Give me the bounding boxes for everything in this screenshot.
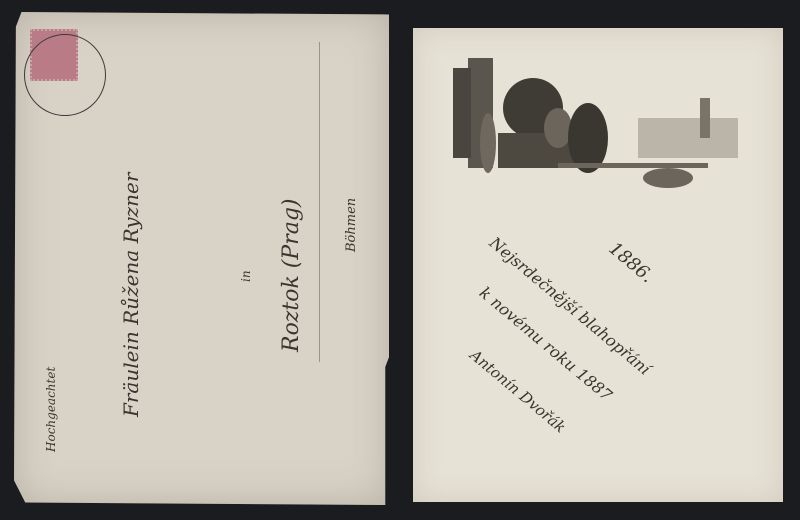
- handwritten-line: Fräulein Růžena Ryzner: [119, 173, 143, 417]
- handwritten-line: k novému roku 1887: [476, 283, 616, 405]
- handwritten-line: 1886.: [605, 238, 658, 287]
- letter-card: 1886.Nejsrdečnější blahopřáník novému ro…: [413, 28, 783, 502]
- postmark: [24, 34, 106, 116]
- address-rule-line: [319, 42, 320, 362]
- handwritten-line: Hochgeachtet: [44, 367, 58, 452]
- engraving-illustration: [438, 38, 738, 188]
- handwritten-line: Roztok (Prag): [279, 199, 304, 353]
- envelope: HochgeachtetFräulein Růžena RyznerinRozt…: [14, 12, 389, 505]
- handwritten-line: in: [239, 270, 253, 282]
- handwritten-line: Böhmen: [344, 198, 359, 252]
